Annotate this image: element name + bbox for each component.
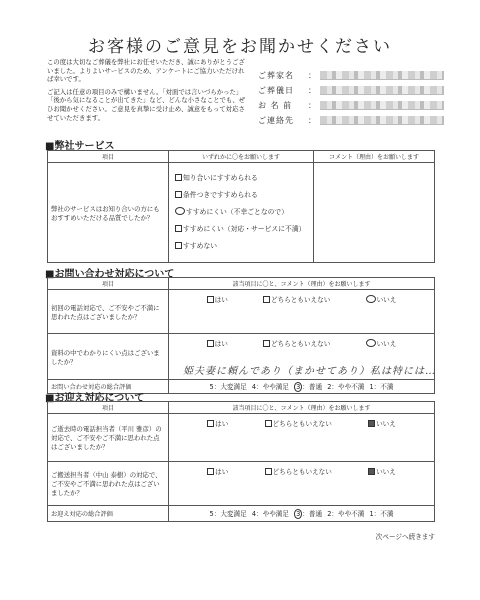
header-answer: 該当項目に〇と、コメント（理由）をお願いします: [169, 278, 435, 290]
option-neutral[interactable]: どちらともいえない: [263, 338, 330, 348]
eval-option-4[interactable]: 4：やや満足: [252, 510, 289, 518]
inquiry-answer-1: はい どちらともいえない いいえ: [169, 290, 435, 334]
service-options: 知り合いにすすめられる 条件つきですすめられる すすめにくい（不幸ごとなので） …: [169, 163, 314, 263]
option-neutral[interactable]: どちらともいえない: [265, 466, 332, 476]
option-yes[interactable]: はい: [207, 338, 228, 348]
checkbox-icon[interactable]: [175, 174, 182, 181]
colon: ：: [308, 70, 320, 81]
checkbox-icon[interactable]: [207, 468, 214, 475]
inquiry-question-2: 資料の中でわかりにくい点はございましたか？: [48, 334, 169, 380]
circled-checkbox-icon[interactable]: [175, 207, 185, 215]
info-row-contact: ご連絡先 ：: [258, 113, 448, 128]
eval-option-4[interactable]: 4：やや満足: [252, 383, 289, 391]
intro-paragraph-2: ご記入は任意の項目のみで構いません。「対面では言いづらかった」「後から気になるこ…: [47, 88, 247, 122]
eval-option-2[interactable]: 2：やや不満: [327, 383, 364, 391]
header-choose: いずれかに〇をお願いします: [169, 151, 314, 163]
redacted-value[interactable]: [320, 86, 444, 95]
checked-checkbox-icon[interactable]: [368, 420, 375, 427]
info-label: お 名 前: [258, 100, 308, 111]
info-row-family-name: ご葬家名 ：: [258, 68, 448, 83]
option-no[interactable]: いいえ: [366, 338, 397, 348]
pickup-question-1: ご逝去時の電話担当者（平川 雅彦）の対応で、ご不安やご不満に思われた点はございま…: [48, 414, 169, 462]
checked-checkbox-icon[interactable]: [368, 468, 375, 475]
header-comment: コメント（理由）をお願いします: [314, 151, 435, 163]
checkbox-icon[interactable]: [263, 296, 270, 303]
header-item: 項目: [48, 278, 169, 290]
colon: ：: [308, 115, 320, 126]
option-hard-to-recommend-misfortune[interactable]: すすめにくい（不幸ごとなので）: [175, 204, 310, 221]
checkbox-icon[interactable]: [207, 420, 214, 427]
eval-option-5[interactable]: 5：大変満足: [210, 510, 247, 518]
checkbox-icon[interactable]: [175, 191, 182, 198]
eval-option-2[interactable]: 2：やや不満: [327, 510, 364, 518]
redacted-value[interactable]: [320, 71, 444, 80]
continued-next-page: 次ページへ続きます: [376, 531, 435, 541]
option-yes[interactable]: はい: [207, 294, 228, 304]
header-item: 項目: [48, 402, 169, 414]
option-neutral[interactable]: どちらともいえない: [265, 418, 332, 428]
customer-info: ご葬家名 ： ご葬儀日 ： お 名 前 ： ご連絡先 ：: [258, 68, 448, 128]
option-no[interactable]: いいえ: [368, 418, 396, 428]
checkbox-icon[interactable]: [207, 296, 214, 303]
eval-option-1[interactable]: 1：不満: [369, 383, 393, 391]
colon: ：: [308, 85, 320, 96]
inquiry-question-1: 初回の電話対応で、ご不安やご不満に思われた点はございましたか？: [48, 290, 169, 334]
eval-option-5[interactable]: 5：大変満足: [210, 383, 247, 391]
option-yes[interactable]: はい: [207, 466, 228, 476]
info-label: ご葬家名: [258, 70, 308, 81]
pickup-answer-2: はい どちらともいえない いいえ: [169, 462, 435, 506]
pickup-question-2: ご搬送担当者（中山 泰樹）の対応で、ご不安やご不満に思われた点はございましたか？: [48, 462, 169, 506]
checkbox-icon[interactable]: [175, 242, 182, 249]
option-neutral[interactable]: どちらともいえない: [263, 294, 330, 304]
page-title: お客様のご意見をお聞かせください: [0, 32, 480, 57]
eval-option-3[interactable]: 3：普通: [294, 383, 322, 391]
inquiry-table: 項目 該当項目に〇と、コメント（理由）をお願いします 初回の電話対応で、ご不安や…: [47, 277, 435, 394]
option-no[interactable]: いいえ: [366, 294, 397, 304]
inquiry-answer-2: はい どちらともいえない いいえ 姫夫妻に頼んであり（まかせてあり）私は特には…: [169, 334, 435, 380]
intro-text: この度は大切なご葬儀を弊社にお任せいただき、誠にありがとうございました。よりよい…: [47, 58, 247, 126]
circled-checkbox-icon[interactable]: [366, 339, 376, 347]
option-recommend[interactable]: 知り合いにすすめられる: [175, 170, 310, 187]
info-label: ご葬儀日: [258, 85, 308, 96]
service-comment[interactable]: [314, 163, 435, 263]
checkbox-icon[interactable]: [175, 225, 182, 232]
service-question: 弊社のサービスはお知り合いの方にもおすすめいただける品質でしたか？: [48, 163, 169, 263]
option-not-recommend[interactable]: すすめない: [175, 238, 310, 255]
eval-option-1[interactable]: 1：不満: [369, 510, 393, 518]
info-label: ご連絡先: [258, 115, 308, 126]
info-row-funeral-date: ご葬儀日 ：: [258, 83, 448, 98]
checkbox-icon[interactable]: [265, 468, 272, 475]
pickup-table: 項目 該当項目に〇と、コメント（理由）をお願いします ご逝去時の電話担当者（平川…: [47, 401, 435, 522]
checkbox-icon[interactable]: [207, 340, 214, 347]
colon: ：: [308, 100, 320, 111]
inquiry-eval-options: 5：大変満足 4：やや満足 3：普通 2：やや不満 1：不満: [169, 380, 435, 394]
pickup-answer-1: はい どちらともいえない いいえ: [169, 414, 435, 462]
info-row-name: お 名 前 ：: [258, 98, 448, 113]
eval-option-3[interactable]: 3：普通: [294, 510, 322, 518]
option-yes[interactable]: はい: [207, 418, 228, 428]
handwritten-comment: 姫夫妻に頼んであり（まかせてあり）私は特には…: [183, 362, 436, 377]
redacted-value[interactable]: [320, 116, 444, 125]
checkbox-icon[interactable]: [265, 420, 272, 427]
option-conditional[interactable]: 条件つきですすめられる: [175, 187, 310, 204]
option-hard-to-recommend-dissatisfied[interactable]: すすめにくい（対応・サービスに不満）: [175, 221, 310, 238]
header-item: 項目: [48, 151, 169, 163]
option-no[interactable]: いいえ: [368, 466, 396, 476]
circled-checkbox-icon[interactable]: [366, 295, 376, 303]
redacted-value[interactable]: [320, 101, 444, 110]
checkbox-icon[interactable]: [263, 340, 270, 347]
pickup-eval-label: お迎え対応の総合評価: [48, 506, 169, 522]
pickup-eval-options: 5：大変満足 4：やや満足 3：普通 2：やや不満 1：不満: [169, 506, 435, 522]
service-table: 項目 いずれかに〇をお願いします コメント（理由）をお願いします 弊社のサービス…: [47, 150, 435, 263]
header-answer: 該当項目に〇と、コメント（理由）をお願いします: [169, 402, 435, 414]
intro-paragraph-1: この度は大切なご葬儀を弊社にお任せいただき、誠にありがとうございました。よりよい…: [47, 58, 247, 84]
